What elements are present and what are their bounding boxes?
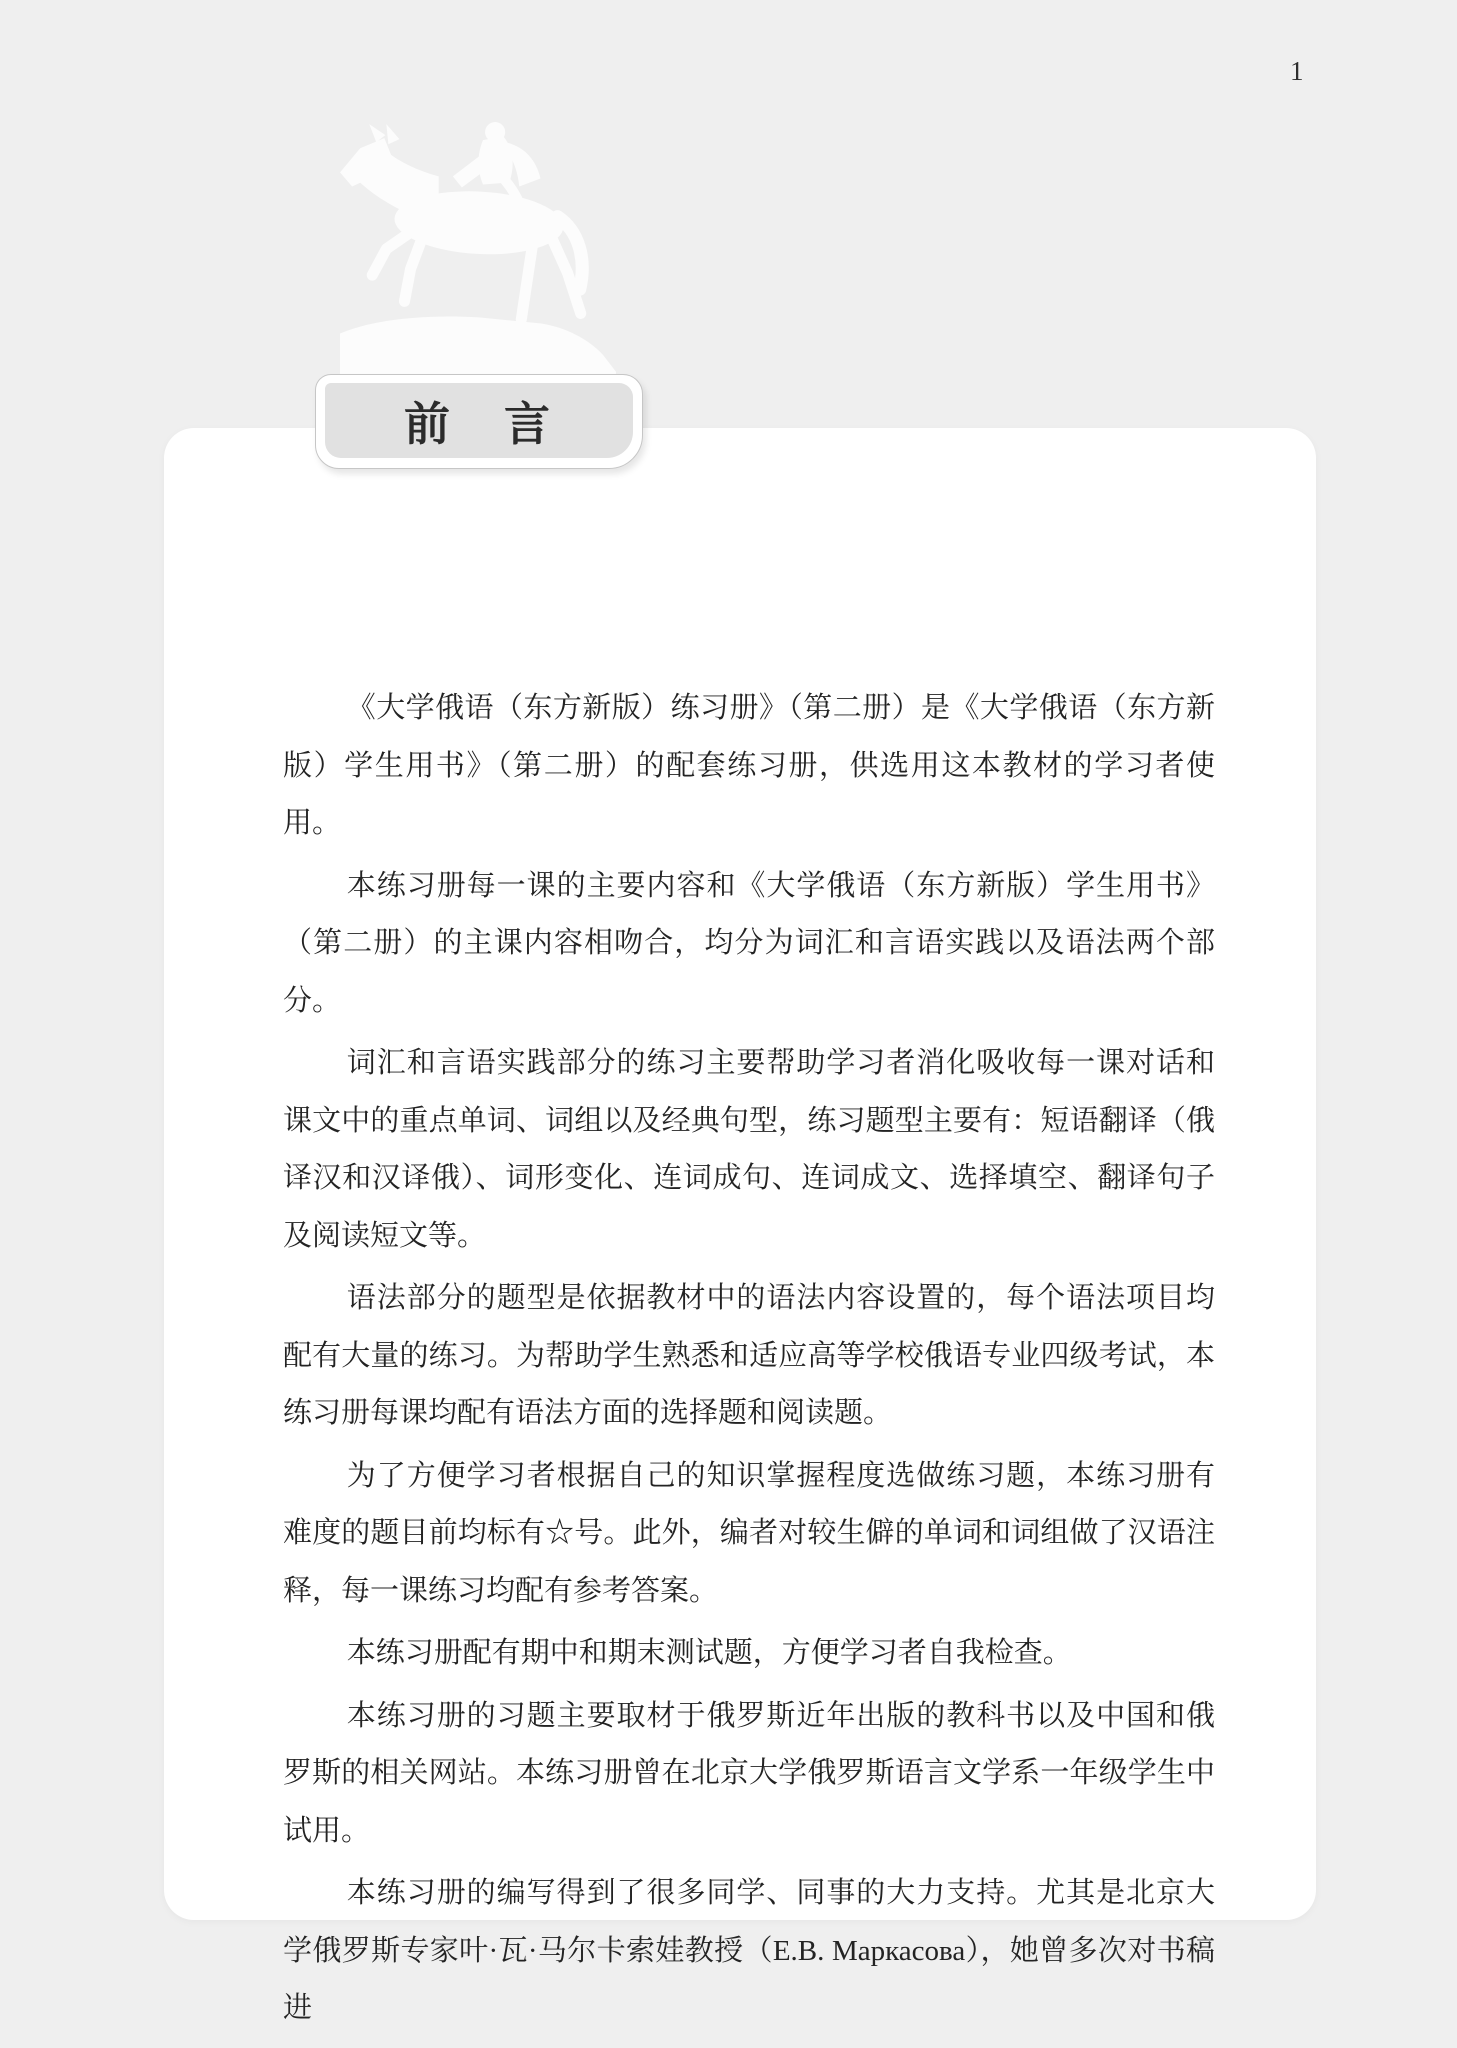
equestrian-statue-icon xyxy=(336,120,620,394)
paragraph: 词汇和言语实践部分的练习主要帮助学习者消化吸收每一课对话和课文中的重点单词、词组… xyxy=(283,1035,1215,1265)
paragraph: 语法部分的题型是依据教材中的语法内容设置的，每个语法项目均配有大量的练习。为帮助… xyxy=(283,1270,1215,1443)
paragraph: 本练习册的习题主要取材于俄罗斯近年出版的教科书以及中国和俄罗斯的相关网站。本练习… xyxy=(283,1688,1215,1861)
preface-title-box: 前 言 xyxy=(315,374,643,469)
preface-title: 前 言 xyxy=(325,383,633,458)
paragraph: 本练习册每一课的主要内容和《大学俄语（东方新版）学生用书》（第二册）的主课内容相… xyxy=(283,858,1215,1031)
page-number: 1 xyxy=(1290,58,1304,85)
paragraph: 本练习册配有期中和期末测试题，方便学习者自我检查。 xyxy=(283,1625,1215,1683)
book-page: 1 xyxy=(0,0,1457,2048)
paragraph: 《大学俄语（东方新版）练习册》（第二册）是《大学俄语（东方新版）学生用书》（第二… xyxy=(283,680,1215,853)
preface-text: 《大学俄语（东方新版）练习册》（第二册）是《大学俄语（东方新版）学生用书》（第二… xyxy=(283,680,1215,2043)
paragraph: 为了方便学习者根据自己的知识掌握程度选做练习题，本练习册有难度的题目前均标有☆号… xyxy=(283,1448,1215,1621)
paragraph: 本练习册的编写得到了很多同学、同事的大力支持。尤其是北京大学俄罗斯专家叶·瓦·马… xyxy=(283,1865,1215,2038)
